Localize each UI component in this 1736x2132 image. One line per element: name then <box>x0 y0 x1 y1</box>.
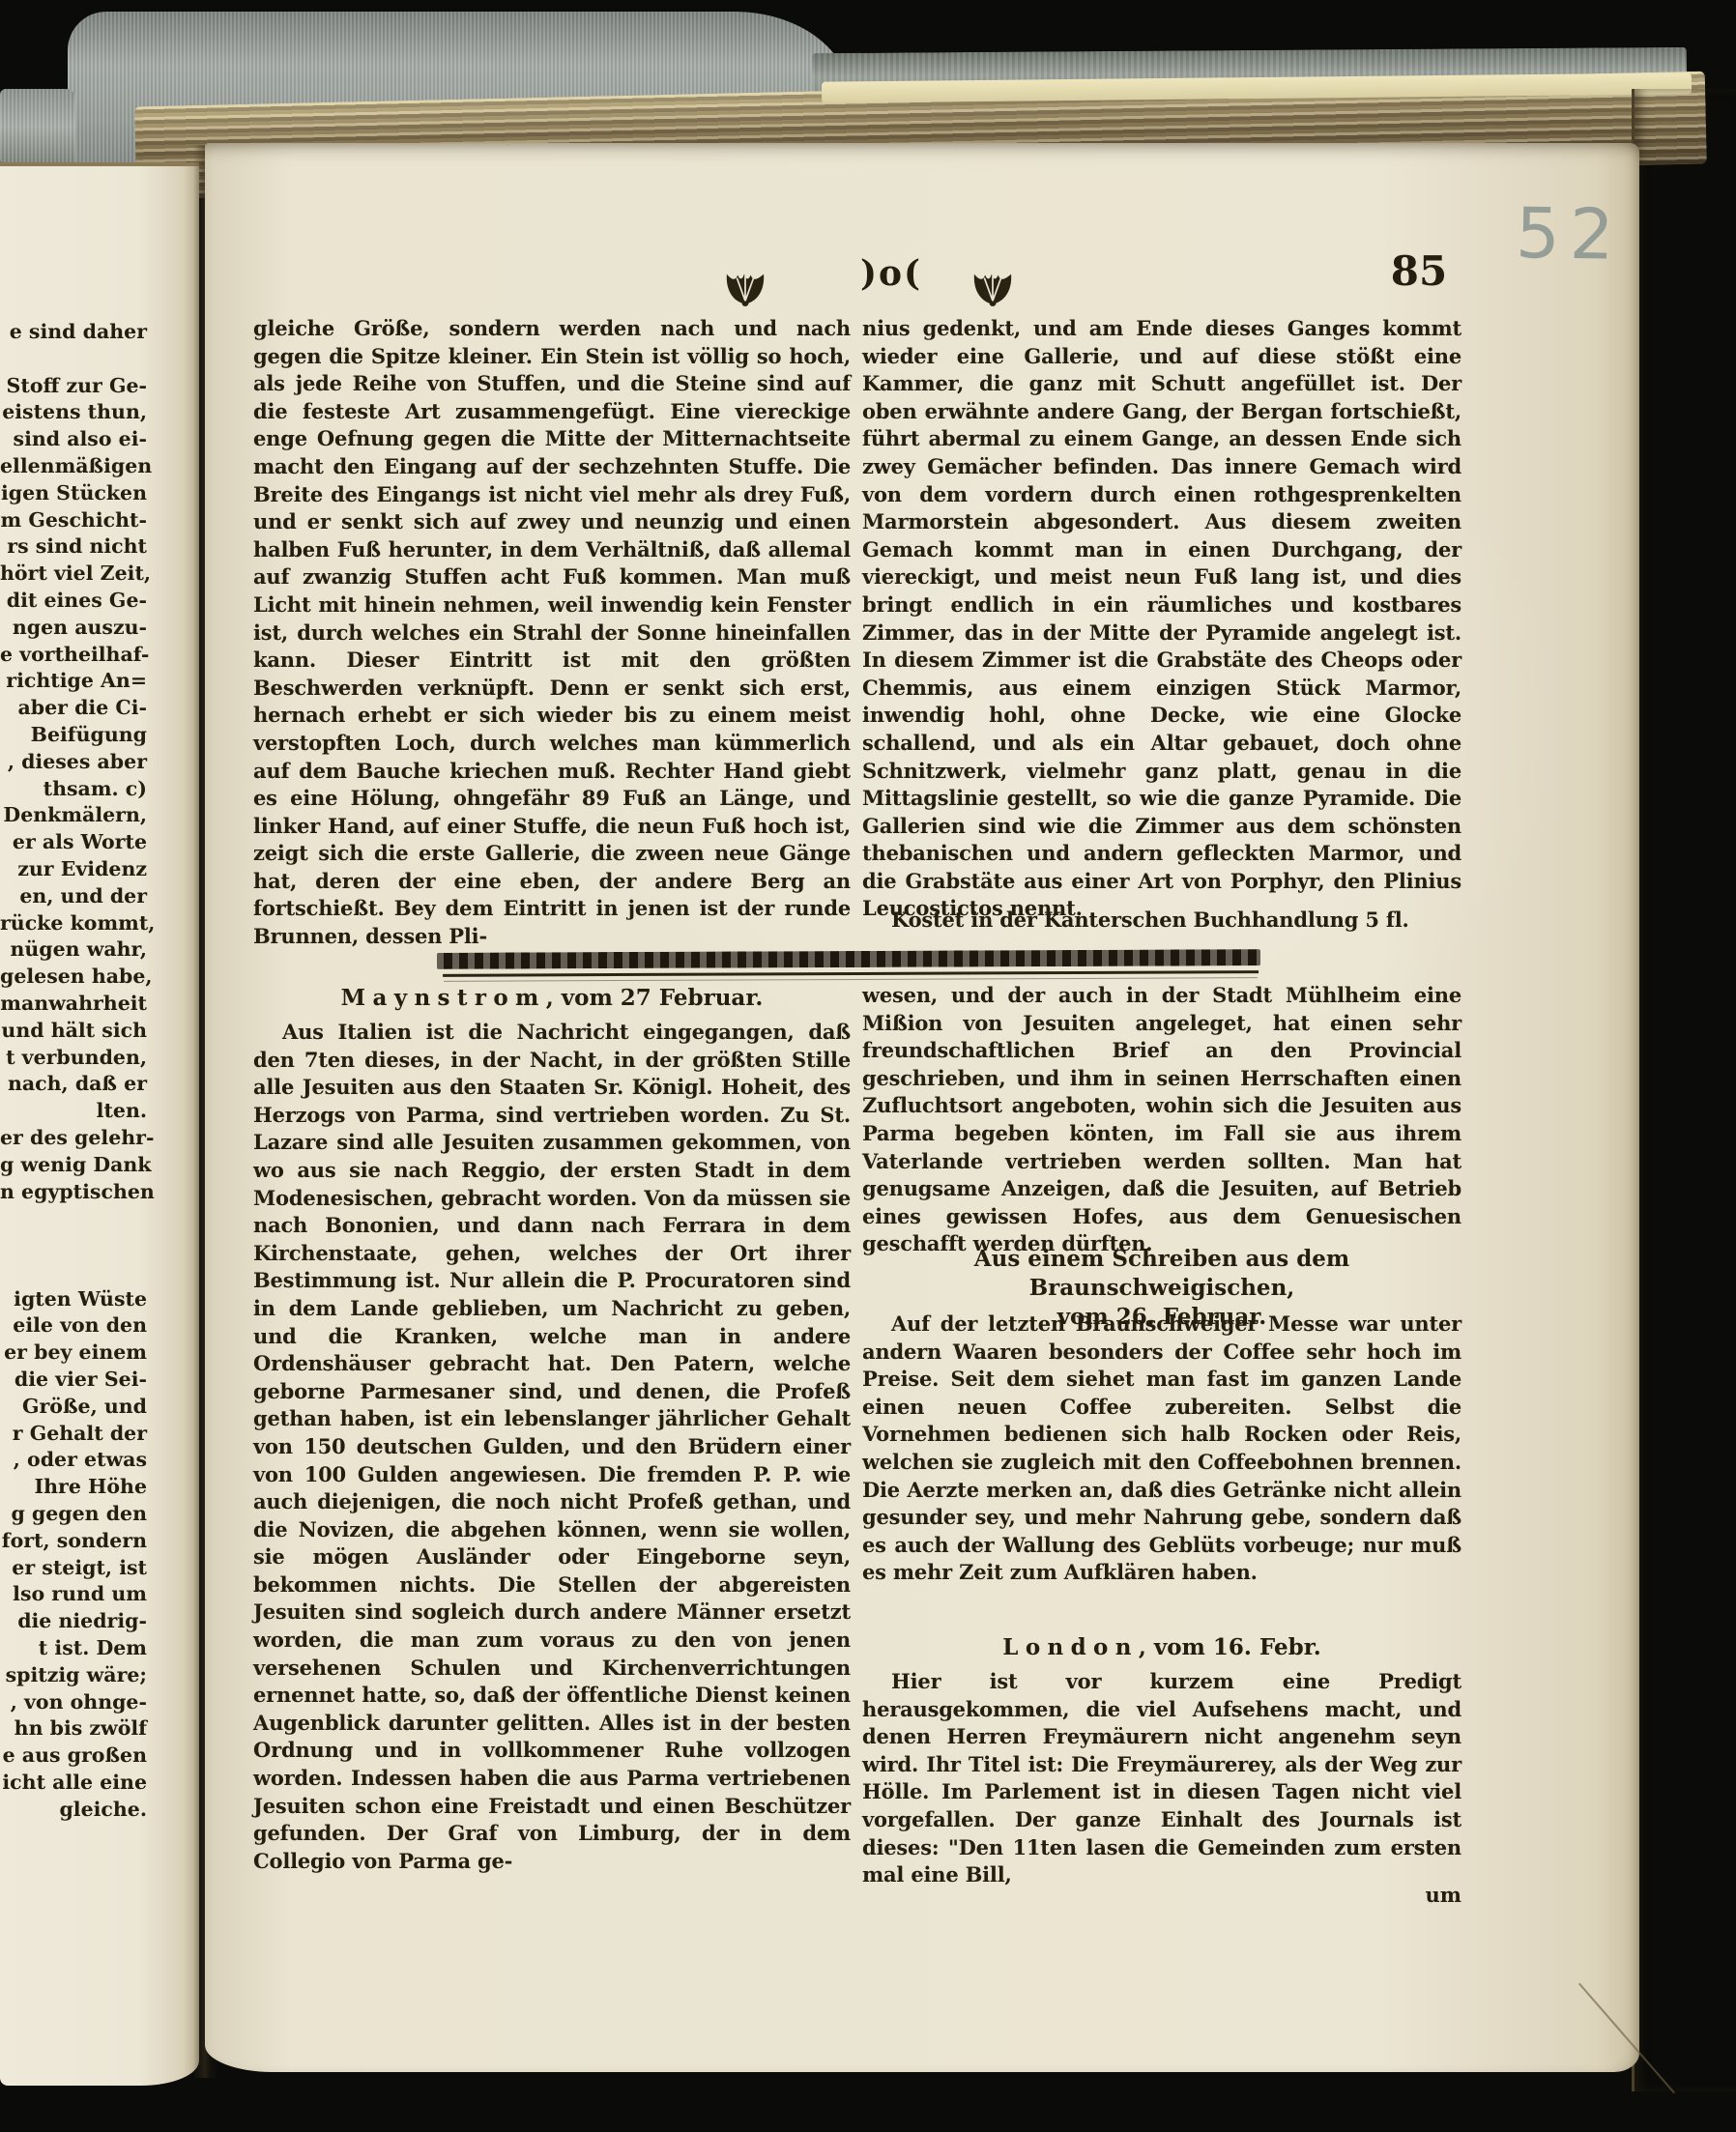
fragment-line: er steigt, ist <box>0 1555 147 1582</box>
fragment-line: richtige An= <box>0 668 147 695</box>
fragment-line: er bey einem <box>0 1340 147 1367</box>
left-column-maynstrom-body: Aus Italien ist die Nachricht eingegange… <box>253 1019 851 1875</box>
fragment-line: icht alle eine <box>0 1770 147 1797</box>
fragment-line: rs sind nicht <box>0 533 147 561</box>
fragment-line: Größe, und <box>0 1394 147 1421</box>
fore-edge-page-stack <box>1632 89 1736 2091</box>
fragment-line: igen Stücken <box>0 480 147 507</box>
fragment-line: m Geschicht- <box>0 507 147 534</box>
fragment-line <box>0 1259 147 1286</box>
fragment-line: nügen wahr, <box>0 936 147 964</box>
header-signature-mark: )o( <box>833 253 949 294</box>
fragment-line <box>0 346 147 373</box>
binding-cloth-corner <box>0 89 75 164</box>
fragment-line <box>0 1205 147 1232</box>
fragment-line: r Gehalt der <box>0 1421 147 1448</box>
heading-place: Maynstrom <box>341 985 546 1011</box>
fragment-line: ngen auszu- <box>0 615 147 642</box>
fragment-line: thsam. c) <box>0 776 147 803</box>
fragment-line: Beifügung <box>0 722 147 749</box>
fragment-line: sind also ei- <box>0 426 147 453</box>
fragment-line: t verbunden, <box>0 1045 147 1072</box>
fragment-line: eistens thun, <box>0 399 147 426</box>
fragment-line: fort, sondern <box>0 1528 147 1555</box>
heading-place: London <box>1002 1634 1139 1660</box>
fragment-line: spitzig wäre; <box>0 1662 147 1689</box>
fragment-line: ellenmäßigen <box>0 453 147 480</box>
fragment-line: zur Evidenz <box>0 856 147 883</box>
fragment-line: nach, daß er <box>0 1071 147 1098</box>
scanned-book-spread: e sind daherStoff zur Ge-eistens thun,si… <box>0 0 1736 2132</box>
fragment-line: , oder etwas <box>0 1447 147 1474</box>
section-heading-london: London, vom 16. Febr. <box>862 1633 1461 1662</box>
shell-ornament-icon <box>967 259 1019 309</box>
right-column-braunschweig-body: Auf der letzten Braunschweiger Messe war… <box>862 1311 1461 1587</box>
fragment-line: lso rund um <box>0 1581 147 1608</box>
fragment-line: Denkmälern, <box>0 802 147 829</box>
fragment-line: g wenig Dank <box>0 1152 147 1179</box>
fragment-line: Ihre Höhe <box>0 1474 147 1501</box>
fragment-line: eile von den <box>0 1312 147 1340</box>
fragment-line: en, und der <box>0 883 147 910</box>
fragment-line: , von ohnge- <box>0 1689 147 1716</box>
fragment-line: e aus großen <box>0 1743 147 1770</box>
price-line: Kostet in der Kanterschen Buchhandlung 5… <box>862 907 1461 935</box>
fragment-line: igten Wüste <box>0 1286 147 1313</box>
facing-page-text-fragments: e sind daherStoff zur Ge-eistens thun,si… <box>0 319 147 1824</box>
heading-line1: Aus einem Schreiben aus dem Braunschweig… <box>974 1246 1350 1301</box>
heading-date: , vom 16. Febr. <box>1139 1634 1321 1660</box>
fragment-line: rücke kommt, <box>0 910 147 937</box>
fragment-line: t ist. Dem <box>0 1635 147 1662</box>
right-column-paragraph-continuation: nius gedenkt, und am Ende dieses Ganges … <box>862 315 1461 923</box>
fragment-line: Stoff zur Ge- <box>0 373 147 400</box>
left-column-paragraph-continuation: gleiche Größe, sondern werden nach und n… <box>253 315 851 951</box>
fragment-line: und hält sich <box>0 1018 147 1045</box>
fragment-line: gleiche. <box>0 1797 147 1824</box>
fragment-line: gelesen habe, <box>0 964 147 991</box>
fragment-line: e vortheilhaf- <box>0 642 147 669</box>
fragment-line: aber die Ci- <box>0 695 147 722</box>
fragment-line: g gegen den <box>0 1501 147 1528</box>
fragment-line: dit eines Ge- <box>0 588 147 615</box>
catchword: um <box>862 1883 1461 1907</box>
fragment-line: er des gelehr- <box>0 1125 147 1152</box>
fragment-line: die vier Sei- <box>0 1367 147 1394</box>
fragment-line: hört viel Zeit, <box>0 561 147 588</box>
fragment-line: die niedrig- <box>0 1608 147 1635</box>
fragment-line: manwahrheit <box>0 991 147 1018</box>
fragment-line: hn bis zwölf <box>0 1715 147 1743</box>
handwritten-folio-number: 52 <box>1515 198 1632 270</box>
fragment-line <box>0 1232 147 1259</box>
right-column-muhlheim-paragraph: wesen, und der auch in der Stadt Mühlhei… <box>862 982 1461 1258</box>
fragment-line: n egyptischen <box>0 1179 147 1206</box>
heading-date: , vom 27 Februar. <box>546 985 764 1011</box>
fragment-line: lten. <box>0 1098 147 1125</box>
section-heading-maynstrom: Maynstrom, vom 27 Februar. <box>253 984 851 1013</box>
fragment-line: er als Worte <box>0 829 147 856</box>
printed-page-number: 85 <box>1371 247 1467 295</box>
fragment-line: e sind daher <box>0 319 147 346</box>
fragment-line: , dieses aber <box>0 749 147 776</box>
right-column-london-body: Hier ist vor kurzem eine Predigt herausg… <box>862 1668 1461 1889</box>
shell-ornament-icon <box>719 259 771 309</box>
